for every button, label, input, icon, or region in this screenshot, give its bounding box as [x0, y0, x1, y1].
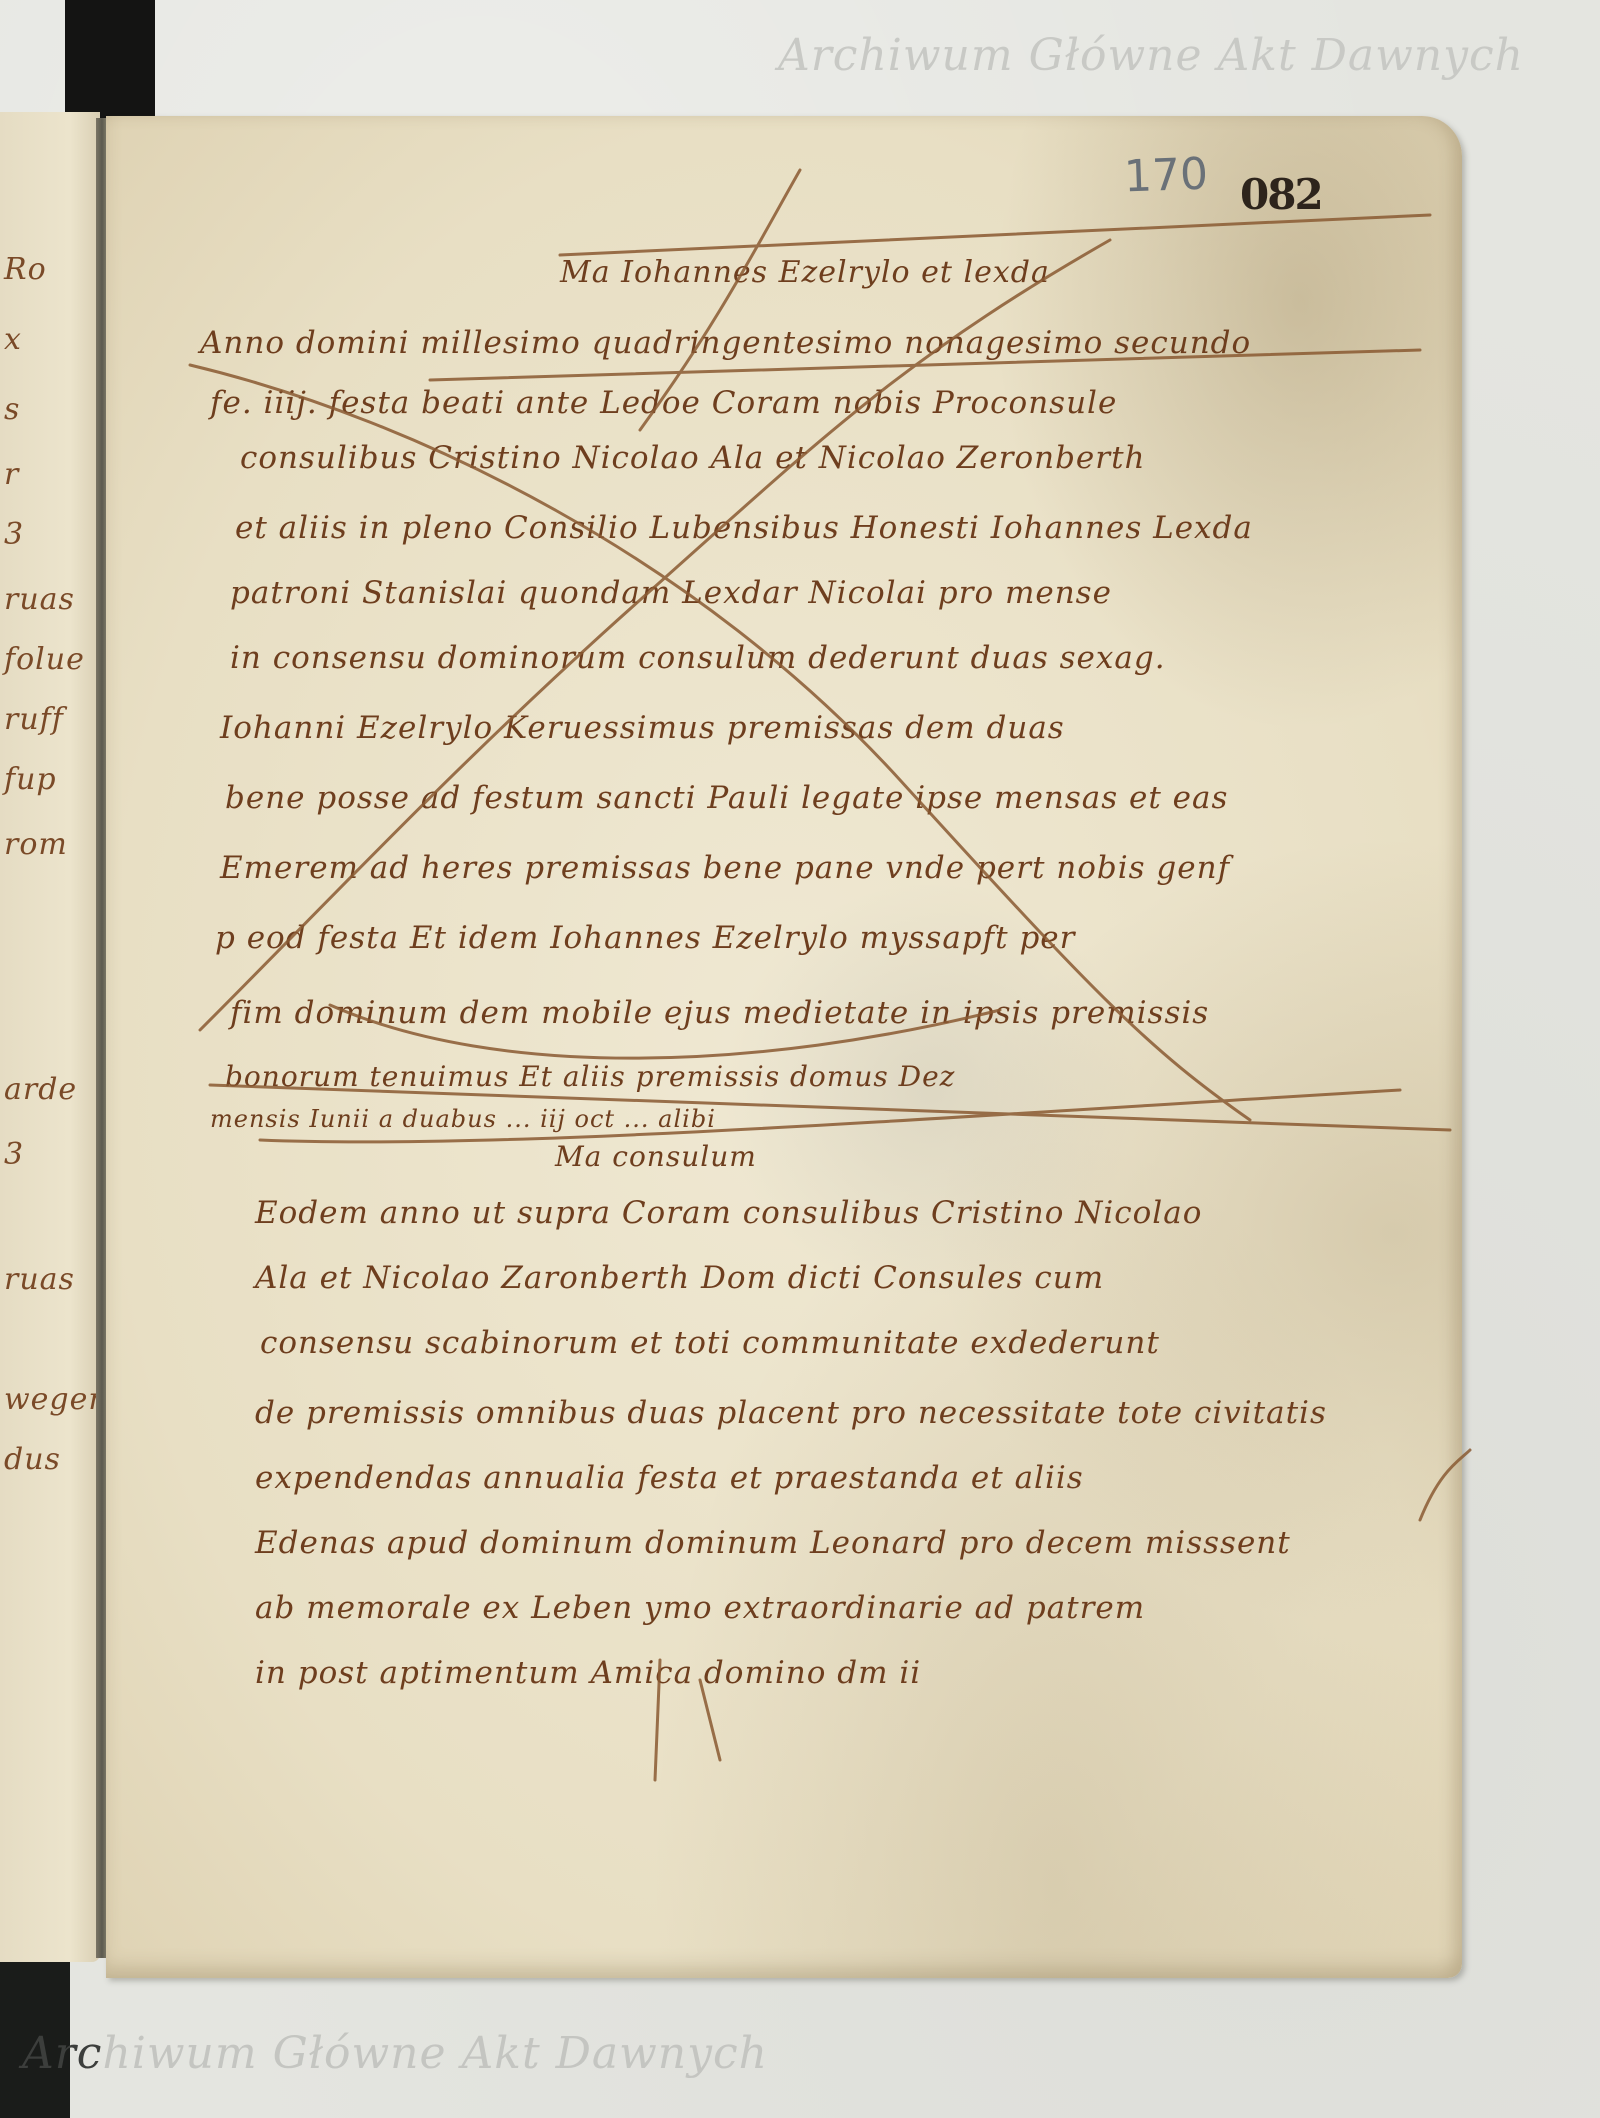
cancellation-strokes — [0, 0, 1600, 2118]
